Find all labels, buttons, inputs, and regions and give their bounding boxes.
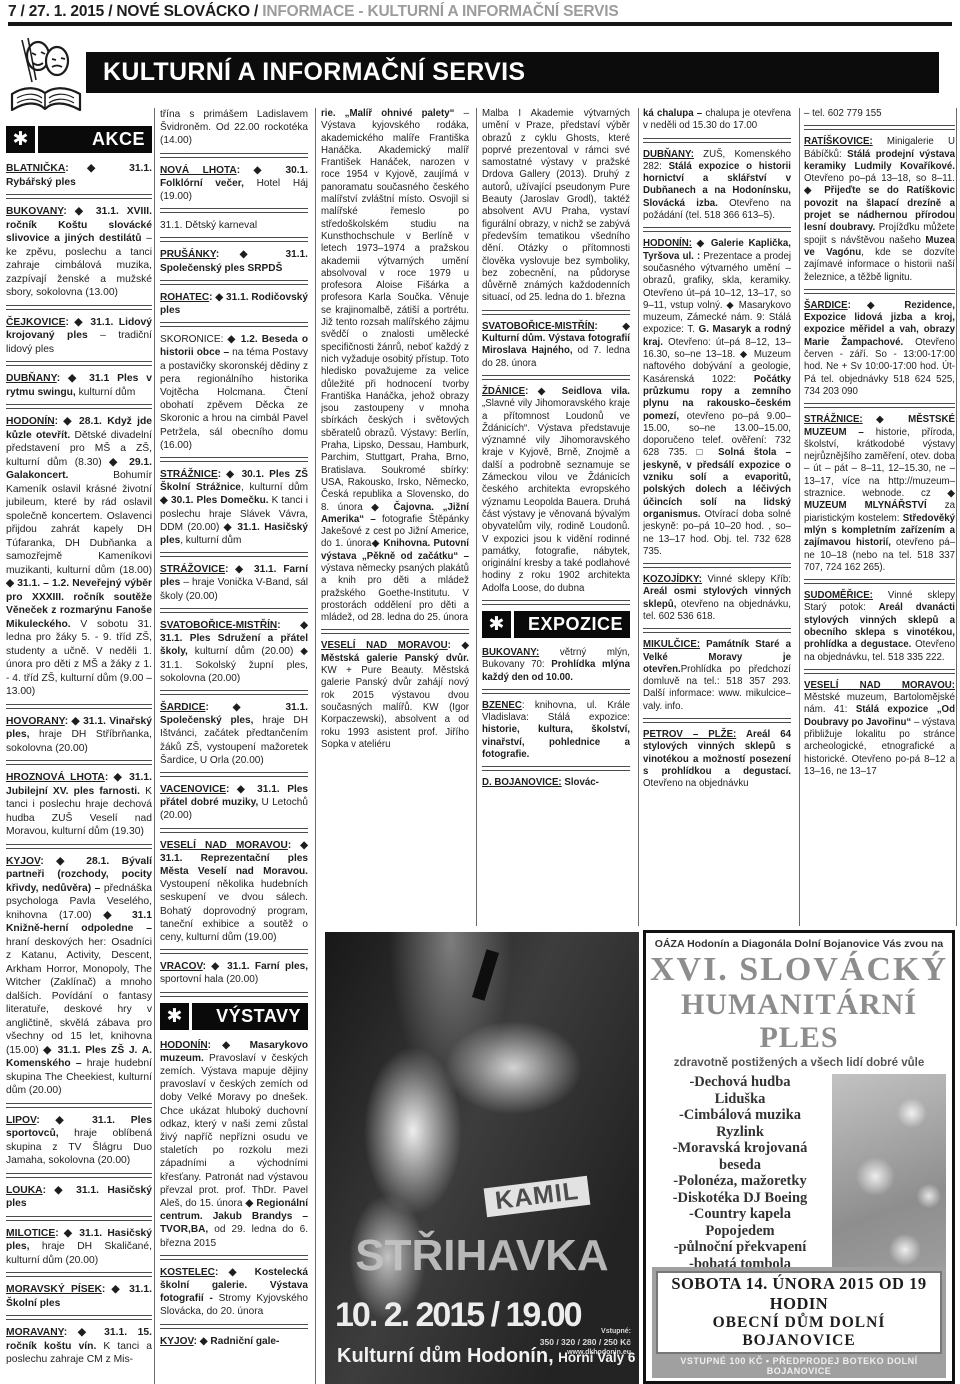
program-list-line: Popojedem [652, 1223, 828, 1240]
entry-divider [6, 305, 152, 310]
listing-entry: BLATNIČKA: ◆ 31.1. Rybářský ples [6, 162, 152, 189]
entry-divider [643, 628, 791, 633]
entry-divider [643, 563, 791, 568]
program-list-line: beseda [652, 1157, 828, 1174]
entry-divider [804, 669, 955, 674]
listing-entry: STRÁŽNICE: ◆ MĚSTSKÉ MUZEUM – historie, … [804, 414, 955, 574]
listing-entry: BZENEC: knihovna, ul. Krále Vladislava: … [482, 700, 630, 761]
listing-entry: ROHATEC: ◆ 31.1. Rodičovský ples [160, 291, 308, 317]
entry-divider [804, 289, 955, 294]
listing-entry: SKORONICE: ◆ 1.2. Beseda o historii obce… [160, 333, 308, 452]
event-venue-line: OBECNÍ DŮM DOLNÍ BOJANOVICE [658, 1314, 940, 1350]
poster-first-name: KAMIL [483, 1176, 590, 1217]
entry-divider [482, 310, 630, 315]
program-list-line: Ryzlink [652, 1124, 828, 1141]
entry-divider [160, 280, 308, 285]
ball-poster-title-line1: XVI. SLOVÁCKÝ [646, 951, 952, 988]
entry-divider [482, 689, 630, 694]
rubric-label: EXPOZICE [514, 611, 630, 638]
listing-entry: KYJOV: ◆ 28.1. Bývalí partneři (rozchody… [6, 855, 152, 1098]
listing-entry: – tel. 602 779 155 [804, 108, 955, 120]
entry-divider [804, 579, 955, 584]
listing-entry: BUKOVANY: větrný mlýn, Bukovany 70: Proh… [482, 647, 630, 684]
column-divider [154, 108, 155, 1384]
entry-divider [6, 844, 152, 849]
rubric-label: AKCE [38, 126, 152, 153]
listing-entry: DUBŇANY: ◆ 31.1 Ples v rytmu swingu, kul… [6, 372, 152, 399]
listing-entry: KOSTELEC: ◆ Kostelecká školní galerie. V… [160, 1266, 308, 1319]
entry-divider [6, 194, 152, 199]
rubric-asterisk-icon: ✱ [482, 611, 511, 638]
program-list-line: -Cimbálová muzika [652, 1107, 828, 1124]
admission-prices: 350 / 320 / 280 / 250 Kč [540, 1337, 631, 1347]
entry-divider [160, 552, 308, 557]
entry-divider [643, 227, 791, 232]
column-divider [638, 108, 639, 926]
listing-entry: VRACOV: ◆ 31.1. Farní ples, sportovní ha… [160, 960, 308, 986]
masthead-rule [8, 22, 952, 26]
ticket-price-line: VSTUPNÉ 100 KČ • PŘEDPRODEJ BOTEKO DOLNÍ… [656, 1354, 942, 1376]
listing-entry: BUKOVANY: ◆ 31.1. XVIII. ročník Koštu sl… [6, 205, 152, 300]
text-column-5: ká chalupa – chalupa je otevřena v neděl… [643, 108, 791, 924]
entry-divider [321, 629, 469, 634]
listing-entry: RATÍŠKOVICE: Minigalerie U Bábíčků: Stál… [804, 136, 955, 284]
entry-divider [6, 1272, 152, 1277]
entry-divider [482, 375, 630, 380]
text-column-4: Malba I Akademie výtvarných umění v Praz… [482, 108, 630, 924]
listing-entry: HODONÍN: ◆ Masarykovo muzeum. Pravoslaví… [160, 1039, 308, 1250]
entry-divider [6, 704, 152, 709]
newspaper-page: 7 / 27. 1. 2015 / NOVÉ SLOVÁCKO / INFORM… [0, 0, 960, 1384]
rubric-asterisk-icon: ✱ [6, 126, 35, 153]
program-list-line: -Diskotéka DJ Boeing [652, 1190, 828, 1207]
section-banner-title: KULTURNÍ A INFORMAČNÍ SERVIS [103, 58, 525, 86]
listing-entry: HODONÍN: ◆ 28.1. Když jde kůzle otevřít.… [6, 415, 152, 699]
rubric-asterisk-icon: ✱ [160, 1003, 189, 1030]
listing-entry: ČEJKOVICE: ◆ 31.1. Lidový krojovaný ples… [6, 316, 152, 357]
program-list-line: -Polonéza, mažoretky [652, 1173, 828, 1190]
column-divider [315, 108, 316, 1384]
entry-divider [160, 690, 308, 695]
program-list-line: -půlnoční překvapení [652, 1239, 828, 1256]
entry-divider [804, 125, 955, 130]
listing-entry: SVATOBOŘICE-MISTŘÍN: ◆ Kulturní dům. Výs… [482, 321, 630, 370]
listing-entry: VESELÍ NAD MORAVOU: ◆ 31.1. Reprezentačn… [160, 839, 308, 945]
entry-divider [160, 1255, 308, 1260]
entry-divider [643, 718, 791, 723]
listing-entry: KYJOV: ◆ Radniční gale- [160, 1335, 308, 1348]
section-path: INFORMACE - KULTURNÍ A INFORMAČNÍ SERVIS [262, 3, 618, 20]
microphone-shape [472, 949, 499, 1001]
listing-entry: rie. „Malíř ohnivé palety“ – Výstava kyj… [321, 108, 469, 624]
entry-divider [6, 404, 152, 409]
entry-divider [160, 153, 308, 158]
column-divider [956, 108, 957, 926]
text-column-6: – tel. 602 779 155RATÍŠKOVICE: Minigaler… [804, 108, 955, 924]
event-date-box: SOBOTA 14. ÚNORA 2015 OD 19 HODIN OBECNÍ… [652, 1267, 946, 1378]
theatre-masks-book-logo [8, 36, 84, 124]
event-date-line: SOBOTA 14. ÚNORA 2015 OD 19 HODIN [658, 1274, 940, 1314]
entry-divider [160, 457, 308, 462]
listing-entry: LOUKA: ◆ 31.1. Hasičský ples [6, 1184, 152, 1211]
listing-entry: VACENOVICE: ◆ 31.1. Ples přátel dobré mu… [160, 783, 308, 823]
text-column-2: třína s primášem Ladislavem Švidroněm. O… [160, 108, 308, 1382]
column-divider [799, 108, 800, 926]
entry-divider [160, 828, 308, 833]
event-date-inner-box: SOBOTA 14. ÚNORA 2015 OD 19 HODIN OBECNÍ… [656, 1271, 942, 1354]
entry-divider [804, 403, 955, 408]
entry-divider [160, 772, 308, 777]
listing-entry: VESELÍ NAD MORAVOU: ◆ Městská galerie Pa… [321, 640, 469, 751]
entry-divider [160, 608, 308, 613]
program-list-line: -Dechová hudba [652, 1074, 828, 1091]
ball-poster-subtitle: zdravotně postižených a všech lidí dobré… [646, 1057, 952, 1069]
entry-divider [160, 208, 308, 213]
entry-divider [160, 1324, 308, 1329]
column-divider [476, 108, 477, 926]
listing-entry: D. BOJANOVICE: Slovác- [482, 777, 630, 789]
page-date-info: 7 / 27. 1. 2015 / NOVÉ SLOVÁCKO / [8, 3, 262, 20]
listing-entry: MORAVSKÝ PÍSEK: ◆ 31.1. Školní ples [6, 1283, 152, 1310]
listing-entry: HODONÍN: ◆ Galerie Kaplička, Tyršova ul.… [643, 238, 791, 558]
admission-label: Vstupné: [540, 1328, 631, 1335]
listing-entry: 31.1. Dětský karneval [160, 219, 308, 232]
text-column-3: rie. „Malíř ohnivé palety“ – Výstava kyj… [321, 108, 469, 924]
listing-entry: PETROV – PLŽE: Areál 64 stylových vinnýc… [643, 729, 791, 790]
concert-poster-kamil-strihavka: KAMIL STŘIHAVKA 10. 2. 2015 / 19.00 Kult… [325, 932, 639, 1384]
entry-divider [6, 1315, 152, 1320]
listing-entry: MIKULČICE: Památník Staré a Velké Moravy… [643, 639, 791, 713]
entry-divider [160, 237, 308, 242]
entry-divider [6, 361, 152, 366]
rubric-header-akce: ✱AKCE [6, 126, 152, 153]
listing-entry: DUBŇANY: ZUŠ, Komenského 282: Stálá expo… [643, 149, 791, 223]
ball-poster-intro: OÁZA Hodonín a Diagonála Dolní Bojanovic… [646, 938, 952, 950]
listing-entry: STRÁŽNICE: ◆ 30.1. Ples ZŠ Školní Strážn… [160, 468, 308, 547]
listing-entry: Malba I Akademie výtvarných umění v Praz… [482, 108, 630, 305]
entry-divider [160, 992, 308, 997]
entry-divider [482, 600, 630, 605]
listing-entry: ká chalupa – chalupa je otevřena v neděl… [643, 108, 791, 133]
program-list-line: Liduška [652, 1091, 828, 1108]
entry-divider [160, 949, 308, 954]
entry-divider [6, 760, 152, 765]
listing-entry: VESELÍ NAD MORAVOU: Městské muzeum, Bart… [804, 680, 955, 778]
listing-entry: MILOTICE: ◆ 31.1. Hasičský ples, hraje D… [6, 1227, 152, 1268]
entry-divider [160, 322, 308, 327]
masthead: 7 / 27. 1. 2015 / NOVÉ SLOVÁCKO / INFORM… [8, 3, 618, 21]
entry-divider [6, 1103, 152, 1108]
listing-entry: LIPOV: ◆ 31.1. Ples sportovců, hraje obl… [6, 1114, 152, 1168]
listing-entry: SVATOBOŘICE-MISTŘÍN: ◆ 31.1. Ples Sdruže… [160, 619, 308, 685]
poster-admission-info: Vstupné: 350 / 320 / 280 / 250 Kč www.dk… [540, 1328, 631, 1356]
poster-website: www.dkhodonin.eu [540, 1349, 631, 1356]
poster-surname: STŘIHAVKA [325, 1231, 639, 1281]
listing-entry: HOVORANY: ◆ 31.1. Vinařský ples, hraje D… [6, 715, 152, 756]
listing-entry: ŠARDICE: ◆ Rezidence, Expozice lidová ji… [804, 300, 955, 398]
listing-entry: ŽDÁNICE: ◆ Seidlova vila. „Slavné vily J… [482, 386, 630, 595]
listing-entry: SUDOMĚŘICE: Vinné sklepy Starý potok: Ar… [804, 590, 955, 664]
rubric-label: VÝSTAVY [192, 1003, 308, 1030]
section-banner: KULTURNÍ A INFORMAČNÍ SERVIS [86, 52, 939, 93]
entry-divider [6, 1216, 152, 1221]
rubric-header-vystavy: ✱VÝSTAVY [160, 1003, 308, 1030]
entry-divider [6, 1173, 152, 1178]
listing-entry: ŠARDICE: ◆ 31.1. Společenský ples, hraje… [160, 701, 308, 767]
ball-poster-title-line2: HUMANITÁRNÍ PLES [646, 988, 952, 1054]
listing-entry: třína s primášem Ladislavem Švidroněm. O… [160, 108, 308, 148]
listing-entry: KOZOJÍDKY: Vinné sklepy Kříb: Areál osmi… [643, 574, 791, 623]
entry-divider [643, 138, 791, 143]
listing-entry: HROZNOVÁ LHOTA: ◆ 31.1. Jubilejní XV. pl… [6, 771, 152, 839]
entry-divider [482, 766, 630, 771]
listing-entry: PRUŠÁNKY: ◆ 31.1. Společenský ples SRPDŠ [160, 248, 308, 274]
rubric-header-expozice: ✱EXPOZICE [482, 611, 630, 638]
listing-entry: MORAVANY: ◆ 31.1. 15. ročník koštu vín. … [6, 1326, 152, 1367]
text-column-1: ✱AKCEBLATNIČKA: ◆ 31.1. Rybářský plesBUK… [6, 124, 152, 1382]
program-list-line: -Moravská krojovaná [652, 1140, 828, 1157]
program-list-line: -Country kapela [652, 1206, 828, 1223]
listing-entry: NOVÁ LHOTA: ◆ 30.1. Folklórní večer, Hot… [160, 164, 308, 204]
poster-venue-main: Kulturní dům Hodonín, [337, 1345, 554, 1367]
ball-poster-humanitarni-ples: OÁZA Hodonín a Diagonála Dolní Bojanovic… [643, 930, 955, 1384]
listing-entry: STRÁŽOVICE: ◆ 31.1. Farní ples – hraje V… [160, 563, 308, 603]
